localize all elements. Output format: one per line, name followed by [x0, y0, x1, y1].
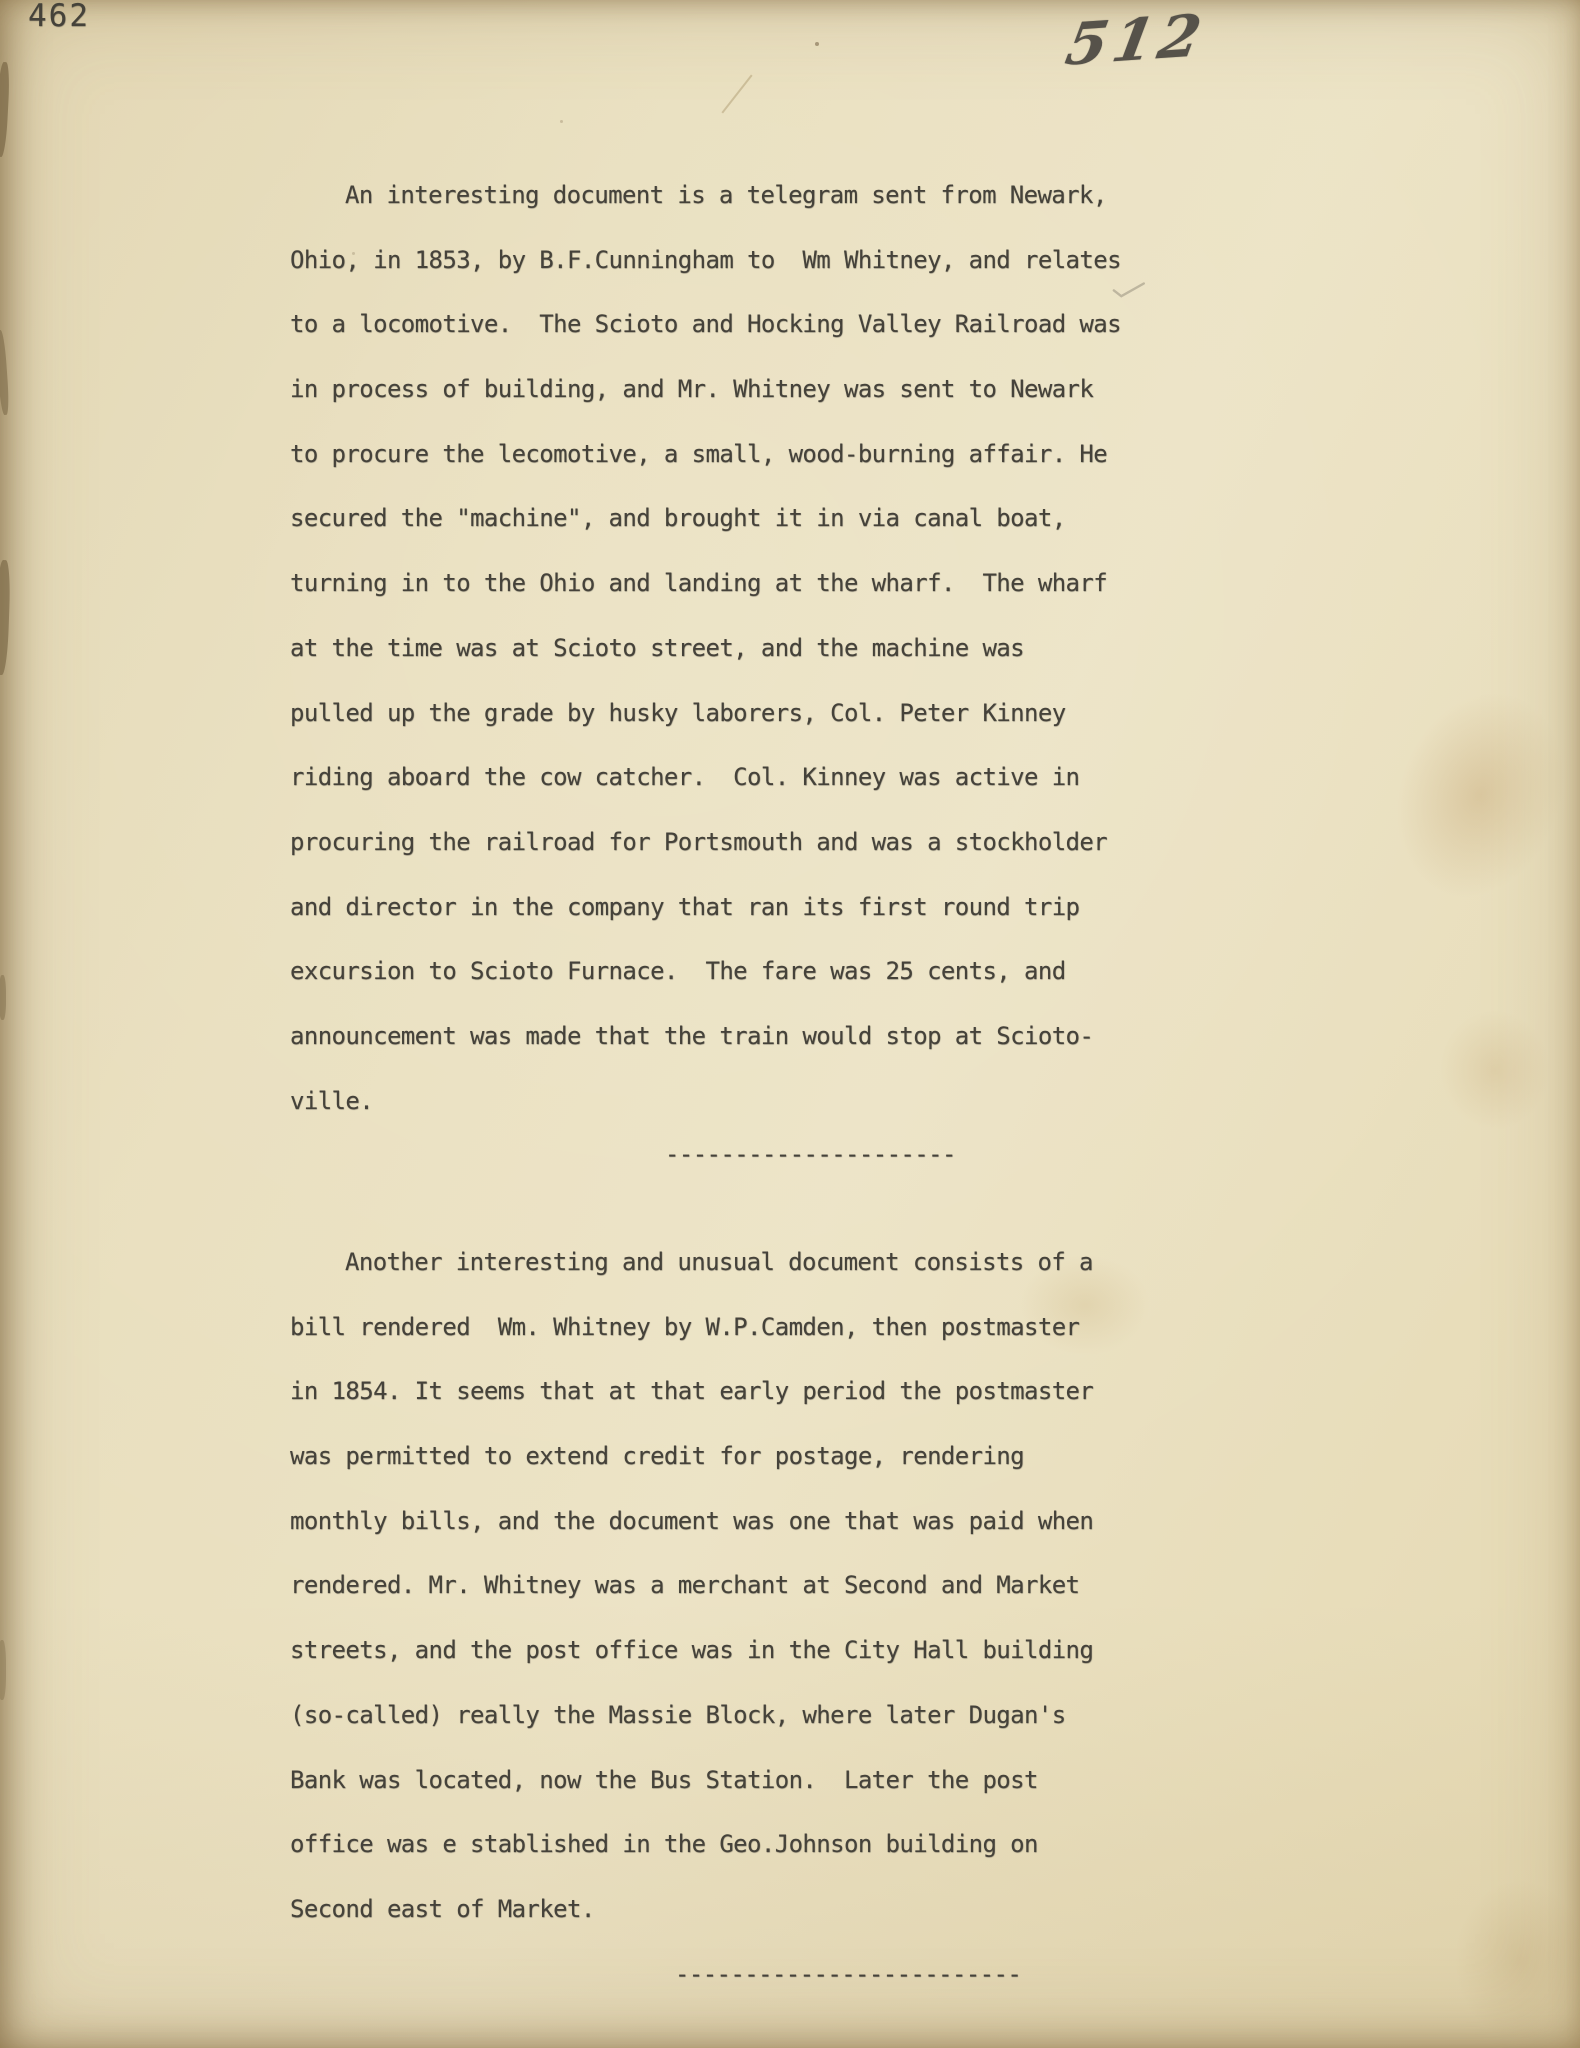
paragraph-postmaster-bill: Another interesting and unusual document…	[290, 1230, 1190, 1942]
text-line: Second east of Market.	[290, 1877, 1190, 1942]
text-line: to procure the lecomotive, a small, wood…	[290, 422, 1190, 487]
text-line: monthly bills, and the document was one …	[290, 1489, 1190, 1554]
text-line: and director in the company that ran its…	[290, 875, 1190, 940]
torn-edge-mark	[0, 560, 11, 675]
text-line: bill rendered Wm. Whitney by W.P.Camden,…	[290, 1295, 1190, 1360]
paragraph-telegram: An interesting document is a telegram se…	[290, 163, 1190, 1133]
text-line: secured the "machine", and brought it in…	[290, 486, 1190, 551]
paper-stain	[1369, 669, 1580, 921]
text-line: streets, and the post office was in the …	[290, 1618, 1190, 1683]
printed-page-number: 462	[28, 0, 90, 34]
text-line: in process of building, and Mr. Whitney …	[290, 357, 1190, 422]
text-line: Ohio, in 1853, by B.F.Cunningham to Wm W…	[290, 228, 1190, 293]
text-line: pulled up the grade by husky laborers, C…	[290, 681, 1190, 746]
paper-speck	[815, 42, 819, 46]
text-line: procuring the railroad for Portsmouth an…	[290, 810, 1190, 875]
paper-speck	[560, 120, 563, 123]
text-line: was permitted to extend credit for posta…	[290, 1424, 1190, 1489]
text-line: turning in to the Ohio and landing at th…	[290, 551, 1190, 616]
text-line: office was e stablished in the Geo.Johns…	[290, 1812, 1190, 1877]
torn-edge-mark	[0, 975, 6, 1020]
text-line: An interesting document is a telegram se…	[290, 163, 1190, 228]
torn-edge-mark	[0, 1640, 6, 1700]
torn-edge-mark	[0, 62, 10, 157]
text-line: excursion to Scioto Furnace. The fare wa…	[290, 939, 1190, 1004]
scanned-page: 462 512 An interesting document is a tel…	[0, 0, 1580, 2048]
typed-divider: ---------------------	[665, 1140, 956, 1168]
text-line: announcement was made that the train wou…	[290, 1004, 1190, 1069]
torn-edge-mark	[0, 330, 10, 415]
text-line: ville.	[290, 1069, 1190, 1134]
text-line: in 1854. It seems that at that early per…	[290, 1359, 1190, 1424]
paper-stain	[1440, 1010, 1550, 1130]
text-line: rendered. Mr. Whitney was a merchant at …	[290, 1553, 1190, 1618]
text-line: at the time was at Scioto street, and th…	[290, 616, 1190, 681]
text-line: Bank was located, now the Bus Station. L…	[290, 1748, 1190, 1813]
text-line: Another interesting and unusual document…	[290, 1230, 1190, 1295]
text-line: riding aboard the cow catcher. Col. Kinn…	[290, 745, 1190, 810]
text-line: to a locomotive. The Scioto and Hocking …	[290, 292, 1190, 357]
paper-crease	[721, 74, 752, 113]
typed-divider: -------------------------	[675, 1960, 1021, 1988]
handwritten-page-number: 512	[1061, 1, 1211, 78]
text-line: (so-called) really the Massie Block, whe…	[290, 1683, 1190, 1748]
paper-stain	[1455, 1880, 1580, 2040]
